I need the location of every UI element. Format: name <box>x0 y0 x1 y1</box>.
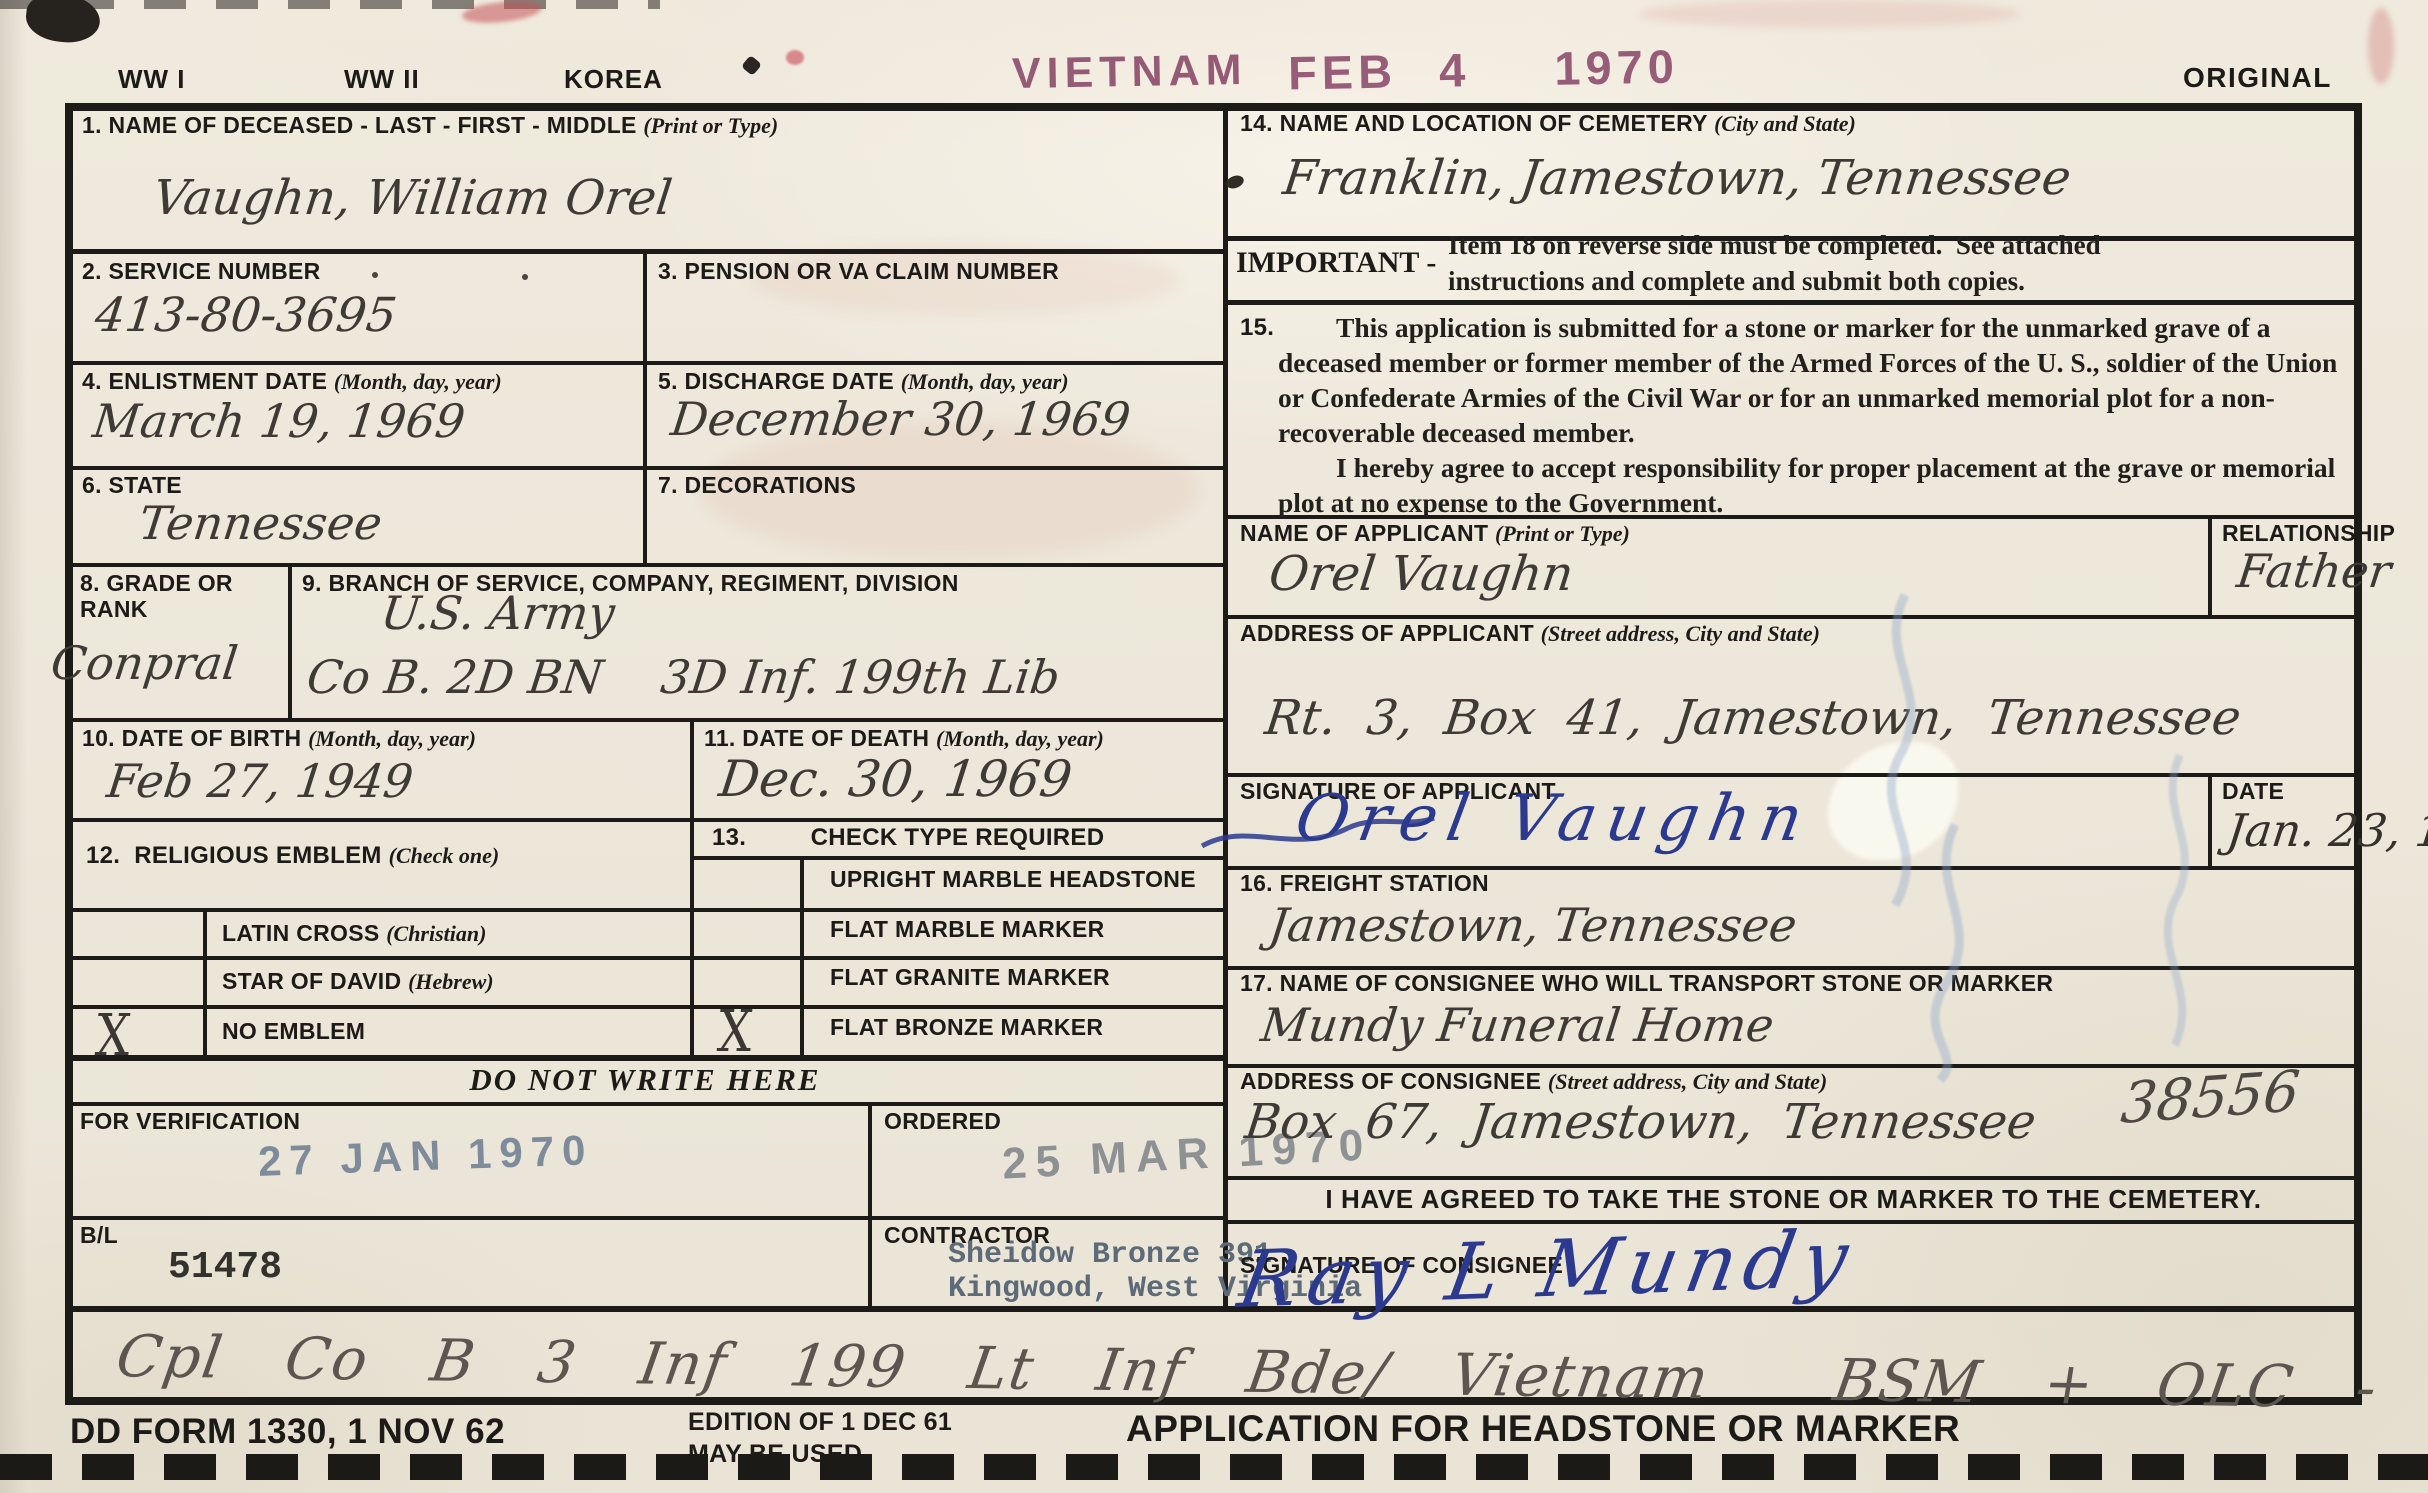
important-line1: Item 18 on reverse side must be complete… <box>1448 230 2101 261</box>
field15-number: 15. <box>1240 314 1274 342</box>
bl-number: 51478 <box>168 1246 282 1289</box>
field6-value-state: Tennessee <box>136 496 385 550</box>
applicant-name-value: Orel Vaughn <box>1266 546 1577 602</box>
field4-label-text: 4. ENLISTMENT DATE <box>82 368 327 394</box>
field9-value-branch: U.S. Army <box>378 586 618 640</box>
marker-checkbox-flat-bronze: X <box>715 998 755 1065</box>
consignee-address-label-note: (Street address, City and State) <box>1548 1069 1827 1094</box>
emblem-option-label: STAR OF DAVID <box>222 968 401 994</box>
war-label-ww2: WW II <box>344 64 420 95</box>
applicant-address-label: ADDRESS OF APPLICANT (Street address, Ci… <box>1240 620 1820 647</box>
field7-label: 7. DECORATIONS <box>658 472 856 499</box>
field12-number: 12. <box>86 842 120 869</box>
field4-label-note: (Month, day, year) <box>334 369 502 394</box>
applicant-name-label-note: (Print or Type) <box>1495 521 1630 546</box>
applicant-address-value: Rt. 3, Box 41, Jamestown, Tennessee <box>1262 690 2244 746</box>
dd-form-1330-scan: WW I WW II KOREA VIETNAM FEB 4 1970 ORIG… <box>0 0 2428 1493</box>
field10-label: 10. DATE OF BIRTH (Month, day, year) <box>82 725 476 752</box>
field4-label: 4. ENLISTMENT DATE (Month, day, year) <box>82 368 502 395</box>
emblem-option-note: (Hebrew) <box>408 969 494 994</box>
corner-ink-blob <box>24 0 103 46</box>
field14-value-cemetery: Franklin, Jamestown, Tennessee <box>1280 150 2074 206</box>
form-id: DD FORM 1330, 1 NOV 62 <box>70 1412 505 1452</box>
field8-value-rank: Conpral <box>48 636 241 690</box>
marker-option-flat-marble: FLAT MARBLE MARKER <box>830 916 1105 943</box>
field15-paragraph-2: I hereby agree to accept responsibility … <box>1278 450 2350 520</box>
war-label-ww1: WW I <box>118 64 186 95</box>
do-not-write-banner: DO NOT WRITE HERE <box>65 1062 1225 1098</box>
field17-value-consignee-name: Mundy Funeral Home <box>1258 998 1777 1052</box>
field12-label-note: (Check one) <box>389 843 500 868</box>
received-date-stamp: FEB 4 1970 <box>1288 39 1680 101</box>
relationship-label: RELATIONSHIP <box>2222 520 2395 547</box>
field5-label-text: 5. DISCHARGE DATE <box>658 368 894 394</box>
top-perforation <box>0 0 660 9</box>
form-title: APPLICATION FOR HEADSTONE OR MARKER <box>1126 1408 1960 1450</box>
field14-label: 14. NAME AND LOCATION OF CEMETERY (City … <box>1240 110 1856 137</box>
emblem-checkbox-no-emblem: X <box>93 1002 133 1069</box>
field14-label-note: (City and State) <box>1714 111 1856 136</box>
field4-value-enlistment-date: March 19, 1969 <box>90 394 468 448</box>
field13-title: CHECK TYPE REQUIRED <box>690 824 1225 852</box>
applicant-name-label: NAME OF APPLICANT (Print or Type) <box>1240 520 1630 547</box>
field6-label: 6. STATE <box>82 472 182 499</box>
relationship-value: Father <box>2234 544 2394 598</box>
edition-note-line1: EDITION OF 1 DEC 61 <box>688 1408 952 1437</box>
field11-label: 11. DATE OF DEATH (Month, day, year) <box>704 725 1104 752</box>
field10-value-birth-date: Feb 27, 1949 <box>104 754 416 808</box>
applicant-name-label-text: NAME OF APPLICANT <box>1240 520 1488 546</box>
consignee-address-label: ADDRESS OF CONSIGNEE (Street address, Ci… <box>1240 1068 1827 1095</box>
pencil-dots <box>372 272 378 278</box>
field10-label-note: (Month, day, year) <box>308 726 476 751</box>
red-edge-mark <box>2368 8 2394 84</box>
field1-label: 1. NAME OF DECEASED - LAST - FIRST - MID… <box>82 112 778 139</box>
field5-label-note: (Month, day, year) <box>901 369 1069 394</box>
for-verification-label: FOR VERIFICATION <box>80 1108 300 1135</box>
field12-label: 12. RELIGIOUS EMBLEM (Check one) <box>86 842 499 870</box>
field1-label-note: (Print or Type) <box>643 113 778 138</box>
emblem-option-star-of-david: STAR OF DAVID (Hebrew) <box>222 968 494 995</box>
field2-label: 2. SERVICE NUMBER <box>82 258 321 285</box>
bottom-perforation <box>0 1454 2428 1480</box>
faint-blue-marks-2 <box>2120 750 2240 1050</box>
faint-blue-marks <box>1845 585 2025 1085</box>
field15-certification-text: This application is submitted for a ston… <box>1278 310 2350 520</box>
marker-option-flat-granite: FLAT GRANITE MARKER <box>830 964 1110 991</box>
original-label: ORIGINAL <box>2183 62 2332 94</box>
field12-label-text: RELIGIOUS EMBLEM <box>134 842 381 869</box>
red-top-smudge <box>1640 0 2020 28</box>
agreed-statement: I HAVE AGREED TO TAKE THE STONE OR MARKE… <box>1225 1184 2362 1215</box>
consignee-address-label-text: ADDRESS OF CONSIGNEE <box>1240 1068 1541 1094</box>
field1-label-text: 1. NAME OF DECEASED - LAST - FIRST - MID… <box>82 112 637 138</box>
applicant-address-label-text: ADDRESS OF APPLICANT <box>1240 620 1534 646</box>
red-dot <box>786 50 804 65</box>
important-line2: instructions and complete and submit bot… <box>1448 266 2025 297</box>
bl-label: B/L <box>80 1222 118 1249</box>
field8-label: 8. GRADE OR RANK <box>80 570 280 622</box>
ordered-label: ORDERED <box>884 1108 1001 1135</box>
field16-value-freight-station: Jamestown, Tennessee <box>1266 898 1800 952</box>
field3-label: 3. PENSION OR VA CLAIM NUMBER <box>658 258 1059 285</box>
important-label: IMPORTANT - <box>1236 246 1436 280</box>
field11-label-note: (Month, day, year) <box>936 726 1104 751</box>
field1-value-deceased-name: Vaughn, William Orel <box>150 170 675 226</box>
consignee-zip-value: 38556 <box>2118 1059 2303 1137</box>
field2-value-service-number: 413-80-3695 <box>92 288 400 343</box>
field10-label-text: 10. DATE OF BIRTH <box>82 725 301 751</box>
emblem-option-label: LATIN CROSS <box>222 920 379 946</box>
field5-value-discharge-date: December 30, 1969 <box>668 392 1133 446</box>
field11-label-text: 11. DATE OF DEATH <box>704 725 929 751</box>
emblem-option-latin-cross: LATIN CROSS (Christian) <box>222 920 486 947</box>
vietnam-war-stamp: VIETNAM <box>1012 46 1248 99</box>
consignee-address-value: Box 67, Jamestown, Tennessee <box>1242 1094 2039 1150</box>
emblem-option-note: (Christian) <box>386 921 486 946</box>
emblem-option-label: NO EMBLEM <box>222 1018 365 1044</box>
field11-value-death-date: Dec. 30, 1969 <box>716 750 1075 808</box>
field15-paragraph-1: This application is submitted for a ston… <box>1278 310 2350 450</box>
field16-label: 16. FREIGHT STATION <box>1240 870 1489 897</box>
applicant-address-label-note: (Street address, City and State) <box>1541 621 1820 646</box>
date-value: Jan. 23, 1970 <box>2224 804 2428 857</box>
contractor-name: Sheidow Bronze 391 <box>948 1238 1272 1272</box>
field9-value-unit: Co B. 2D BN 3D Inf. 199th Lib <box>304 650 1063 704</box>
field14-label-text: 14. NAME AND LOCATION OF CEMETERY <box>1240 110 1707 136</box>
ink-mark <box>741 55 762 76</box>
emblem-option-no-emblem: NO EMBLEM <box>222 1018 365 1045</box>
field5-label: 5. DISCHARGE DATE (Month, day, year) <box>658 368 1069 395</box>
marker-option-flat-bronze: FLAT BRONZE MARKER <box>830 1014 1103 1041</box>
marker-option-upright-marble: UPRIGHT MARBLE HEADSTONE <box>830 866 1196 893</box>
applicant-signature-value: Orel Vaughn <box>1290 782 1818 856</box>
war-label-korea: KOREA <box>564 64 663 95</box>
